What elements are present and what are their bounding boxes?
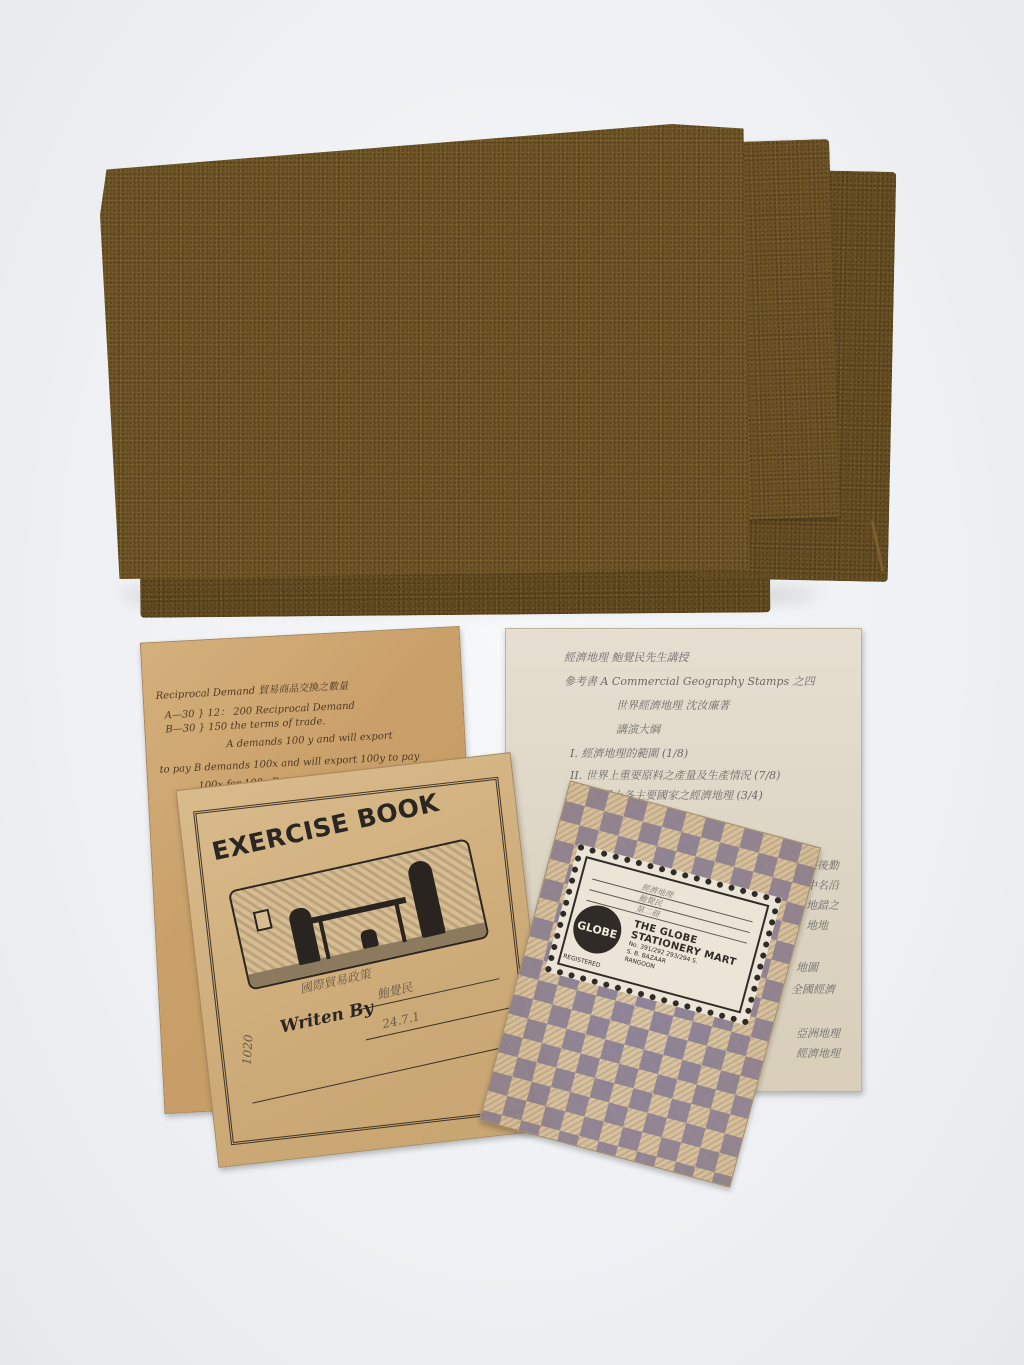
side-note: 亞洲地理 — [796, 1025, 840, 1041]
manuscript-line: I. 經濟地理的範圍 (1/8) — [570, 745, 688, 761]
manuscript-line: 講演大綱 — [616, 721, 660, 737]
dog-silhouette — [360, 928, 380, 949]
side-note: 經濟地理 — [796, 1045, 840, 1061]
side-note: 地圖 — [796, 959, 818, 975]
globe-stationery-label: 經濟地理 鮑覺民 第二冊 GLOBE THE GLOBE STATIONERY … — [545, 844, 782, 1026]
table-leg — [318, 919, 331, 959]
margin-note: 1020 — [240, 1034, 256, 1065]
registered-mark: REGISTERED — [562, 953, 601, 970]
manuscript-line: 經濟地理 鮑覺民先生講授 — [564, 649, 689, 665]
child-silhouette — [287, 906, 321, 965]
manuscript-line: 世界經濟地理 沈汝廉著 — [616, 697, 730, 713]
manuscript-line: A—30 } 12： 200 Reciprocal Demand — [164, 697, 355, 722]
manuscript-line: 參考書 A Commercial Geography Stamps 之四 — [564, 673, 815, 689]
child-silhouette — [406, 859, 446, 938]
manuscript-line: II. 世界上重要原料之產量及生產情況 (7/8) — [570, 767, 780, 783]
wall-picture — [253, 909, 273, 932]
photo-scene: Reciprocal Demand 貿易商品交換之數量 A—30 } 12： 2… — [0, 0, 1024, 1365]
folded-wool-cloth — [100, 124, 750, 579]
side-note: 全國經濟 — [791, 981, 835, 997]
manuscript-line: A demands 100 y and will export — [226, 731, 393, 751]
table-leg — [394, 903, 407, 943]
side-note: 地錯之 — [806, 897, 839, 913]
side-note: 地地 — [806, 917, 828, 933]
